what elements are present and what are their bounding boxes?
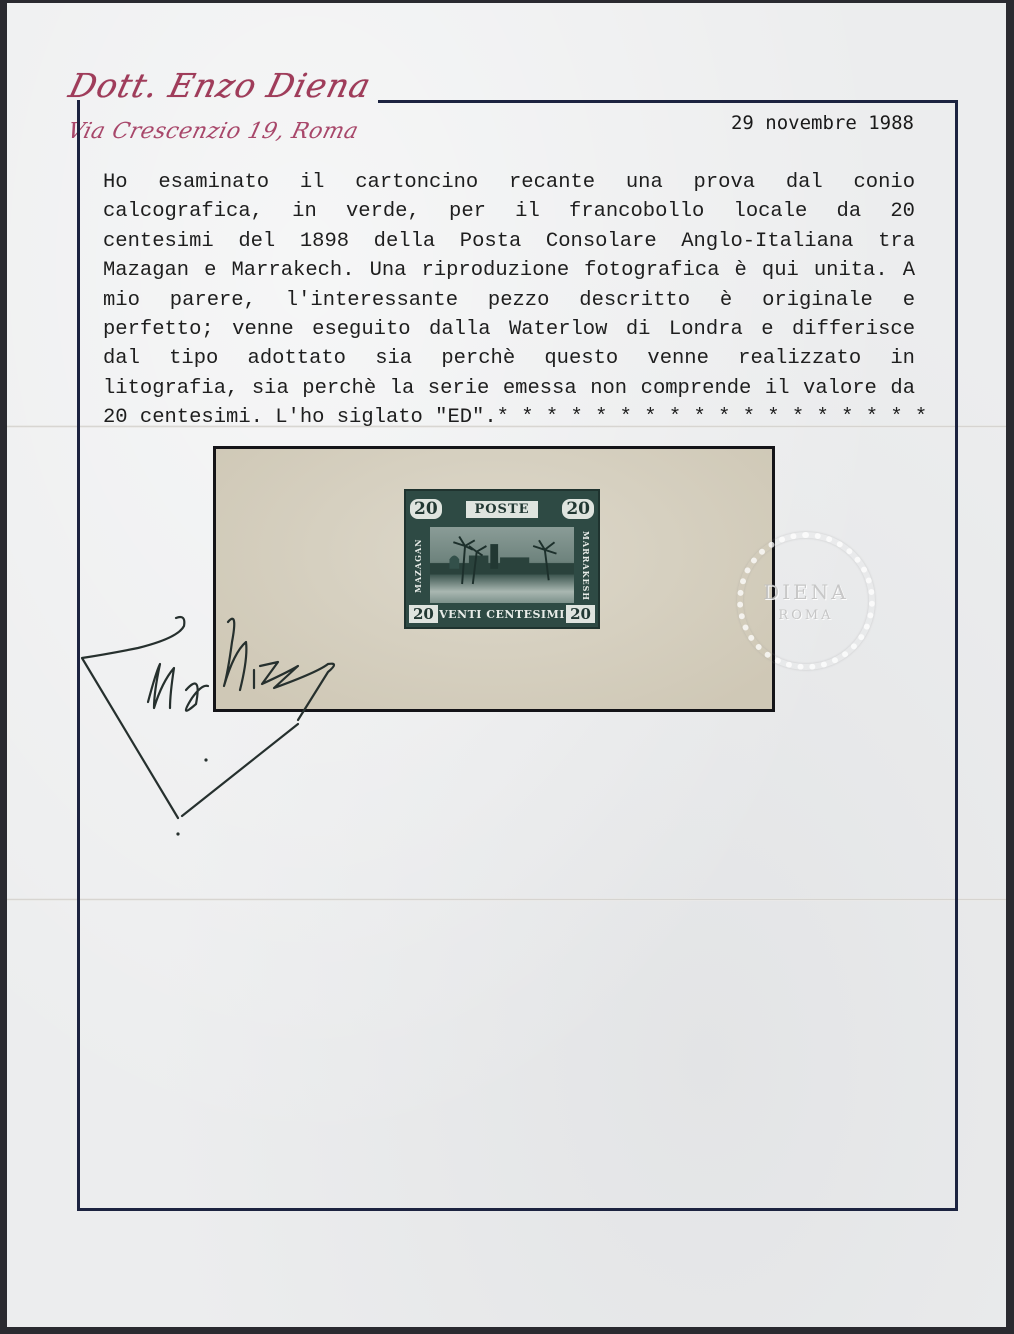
certificate-body: Ho esaminato il cartoncino recante una p…	[103, 168, 915, 433]
stamp-header: POSTE	[466, 501, 537, 518]
stamp-caption: VENTI CENTESIMI	[439, 608, 565, 621]
body-line: Ho esaminato il cartoncino recante una p…	[103, 168, 915, 197]
body-line: mio parere, l'interessante pezzo descrit…	[103, 286, 915, 315]
handwritten-signature-icon	[78, 612, 378, 852]
stamp-image: 20 POSTE 20 MAZAGAN MARRAKESH 20 VE	[404, 489, 600, 629]
body-line: dal tipo adottato sia perchè questo venn…	[103, 344, 915, 373]
embossed-seal: DIENA ROMA	[737, 532, 875, 670]
palm-city-scene-icon	[430, 527, 574, 603]
certificate-date: 29 novembre 1988	[731, 112, 914, 134]
certificate-frame-top-rule	[378, 100, 955, 103]
stamp-side-left: MAZAGAN	[409, 531, 427, 601]
body-line: centesimi del 1898 della Posta Consolare…	[103, 227, 915, 256]
stamp-side-right: MARRAKESH	[577, 531, 595, 601]
stamp-value-top-left: 20	[410, 499, 442, 519]
body-line: perfetto; venne eseguito dalla Waterlow …	[103, 315, 915, 344]
seal-line-1: DIENA	[763, 580, 848, 604]
stamp-bottom-band: 20 VENTI CENTESIMI 20	[409, 604, 595, 624]
stamp-value-bottom-left: 20	[409, 605, 438, 623]
stamp-value-top-right: 20	[562, 499, 594, 519]
seal-line-2: ROMA	[778, 608, 833, 623]
body-line: litografia, sia perchè la serie emessa n…	[103, 374, 915, 403]
stamp-top-band: 20 POSTE 20	[410, 494, 594, 524]
stamp-value-bottom-right: 20	[566, 605, 595, 623]
body-line: 20 centesimi. L'ho siglato "ED".* * * * …	[103, 403, 915, 432]
body-line: Mazagan e Marrakech. Una riproduzione fo…	[103, 256, 915, 285]
stamp-scene-illustration	[430, 527, 574, 603]
body-line: calcografica, in verde, per il francobol…	[103, 197, 915, 226]
